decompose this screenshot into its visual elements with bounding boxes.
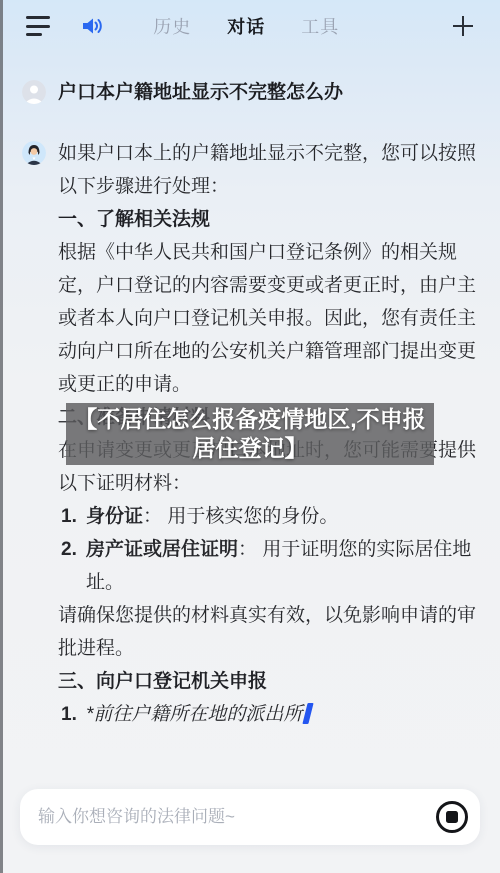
tab-bar: 历史 对话 工具 bbox=[153, 0, 339, 52]
user-avatar bbox=[22, 80, 46, 104]
step-list-item-1: 1.*前往户籍所在地的派出所 bbox=[58, 698, 478, 731]
assistant-avatar bbox=[22, 141, 46, 165]
new-chat-plus-icon[interactable] bbox=[450, 13, 476, 39]
tab-history[interactable]: 历史 bbox=[153, 13, 191, 39]
ai-section1-title: 一、了解相关法规 bbox=[58, 203, 478, 236]
typing-cursor bbox=[303, 703, 314, 724]
material-list-item-2: 2.房产证或居住证明： 用于证明您的实际居住地址。 bbox=[58, 533, 478, 599]
overlay-caption: 【不居住怎么报备疫情地区,不申报居住登记】 bbox=[66, 403, 434, 465]
stop-generation-button[interactable] bbox=[436, 801, 468, 833]
question-input[interactable] bbox=[36, 806, 436, 828]
user-message-text: 户口本户籍地址显示不完整怎么办 bbox=[58, 76, 478, 109]
chat-app-window: 历史 对话 工具 户口本户籍地址显示不完整怎么办 bbox=[0, 0, 500, 873]
ai-section1-body: 根据《中华人民共和国户口登记条例》的相关规定，户口登记的内容需要变更或者更正时，… bbox=[58, 236, 478, 401]
speaker-icon[interactable] bbox=[80, 13, 106, 39]
chat-message-list: 户口本户籍地址显示不完整怎么办 如果户口本上的户籍地址显示不完整，您可以按照以下… bbox=[0, 52, 500, 731]
tab-dialogue[interactable]: 对话 bbox=[227, 13, 265, 39]
material-list-item-1: 1.身份证： 用于核实您的身份。 bbox=[58, 500, 478, 533]
ai-section3-title: 三、向户口登记机关申报 bbox=[58, 665, 478, 698]
ai-intro: 如果户口本上的户籍地址显示不完整，您可以按照以下步骤进行处理： bbox=[58, 137, 478, 203]
menu-icon[interactable] bbox=[26, 14, 52, 38]
screen-edge-strip bbox=[0, 0, 3, 873]
stop-icon bbox=[446, 811, 458, 823]
chat-input-pill bbox=[20, 789, 480, 845]
input-bar bbox=[0, 789, 500, 845]
ai-section2-note: 请确保您提供的材料真实有效，以免影响申请的审批进程。 bbox=[58, 599, 478, 665]
user-message-row: 户口本户籍地址显示不完整怎么办 bbox=[22, 76, 478, 109]
tab-tools[interactable]: 工具 bbox=[301, 13, 339, 39]
top-bar: 历史 对话 工具 bbox=[0, 0, 500, 52]
